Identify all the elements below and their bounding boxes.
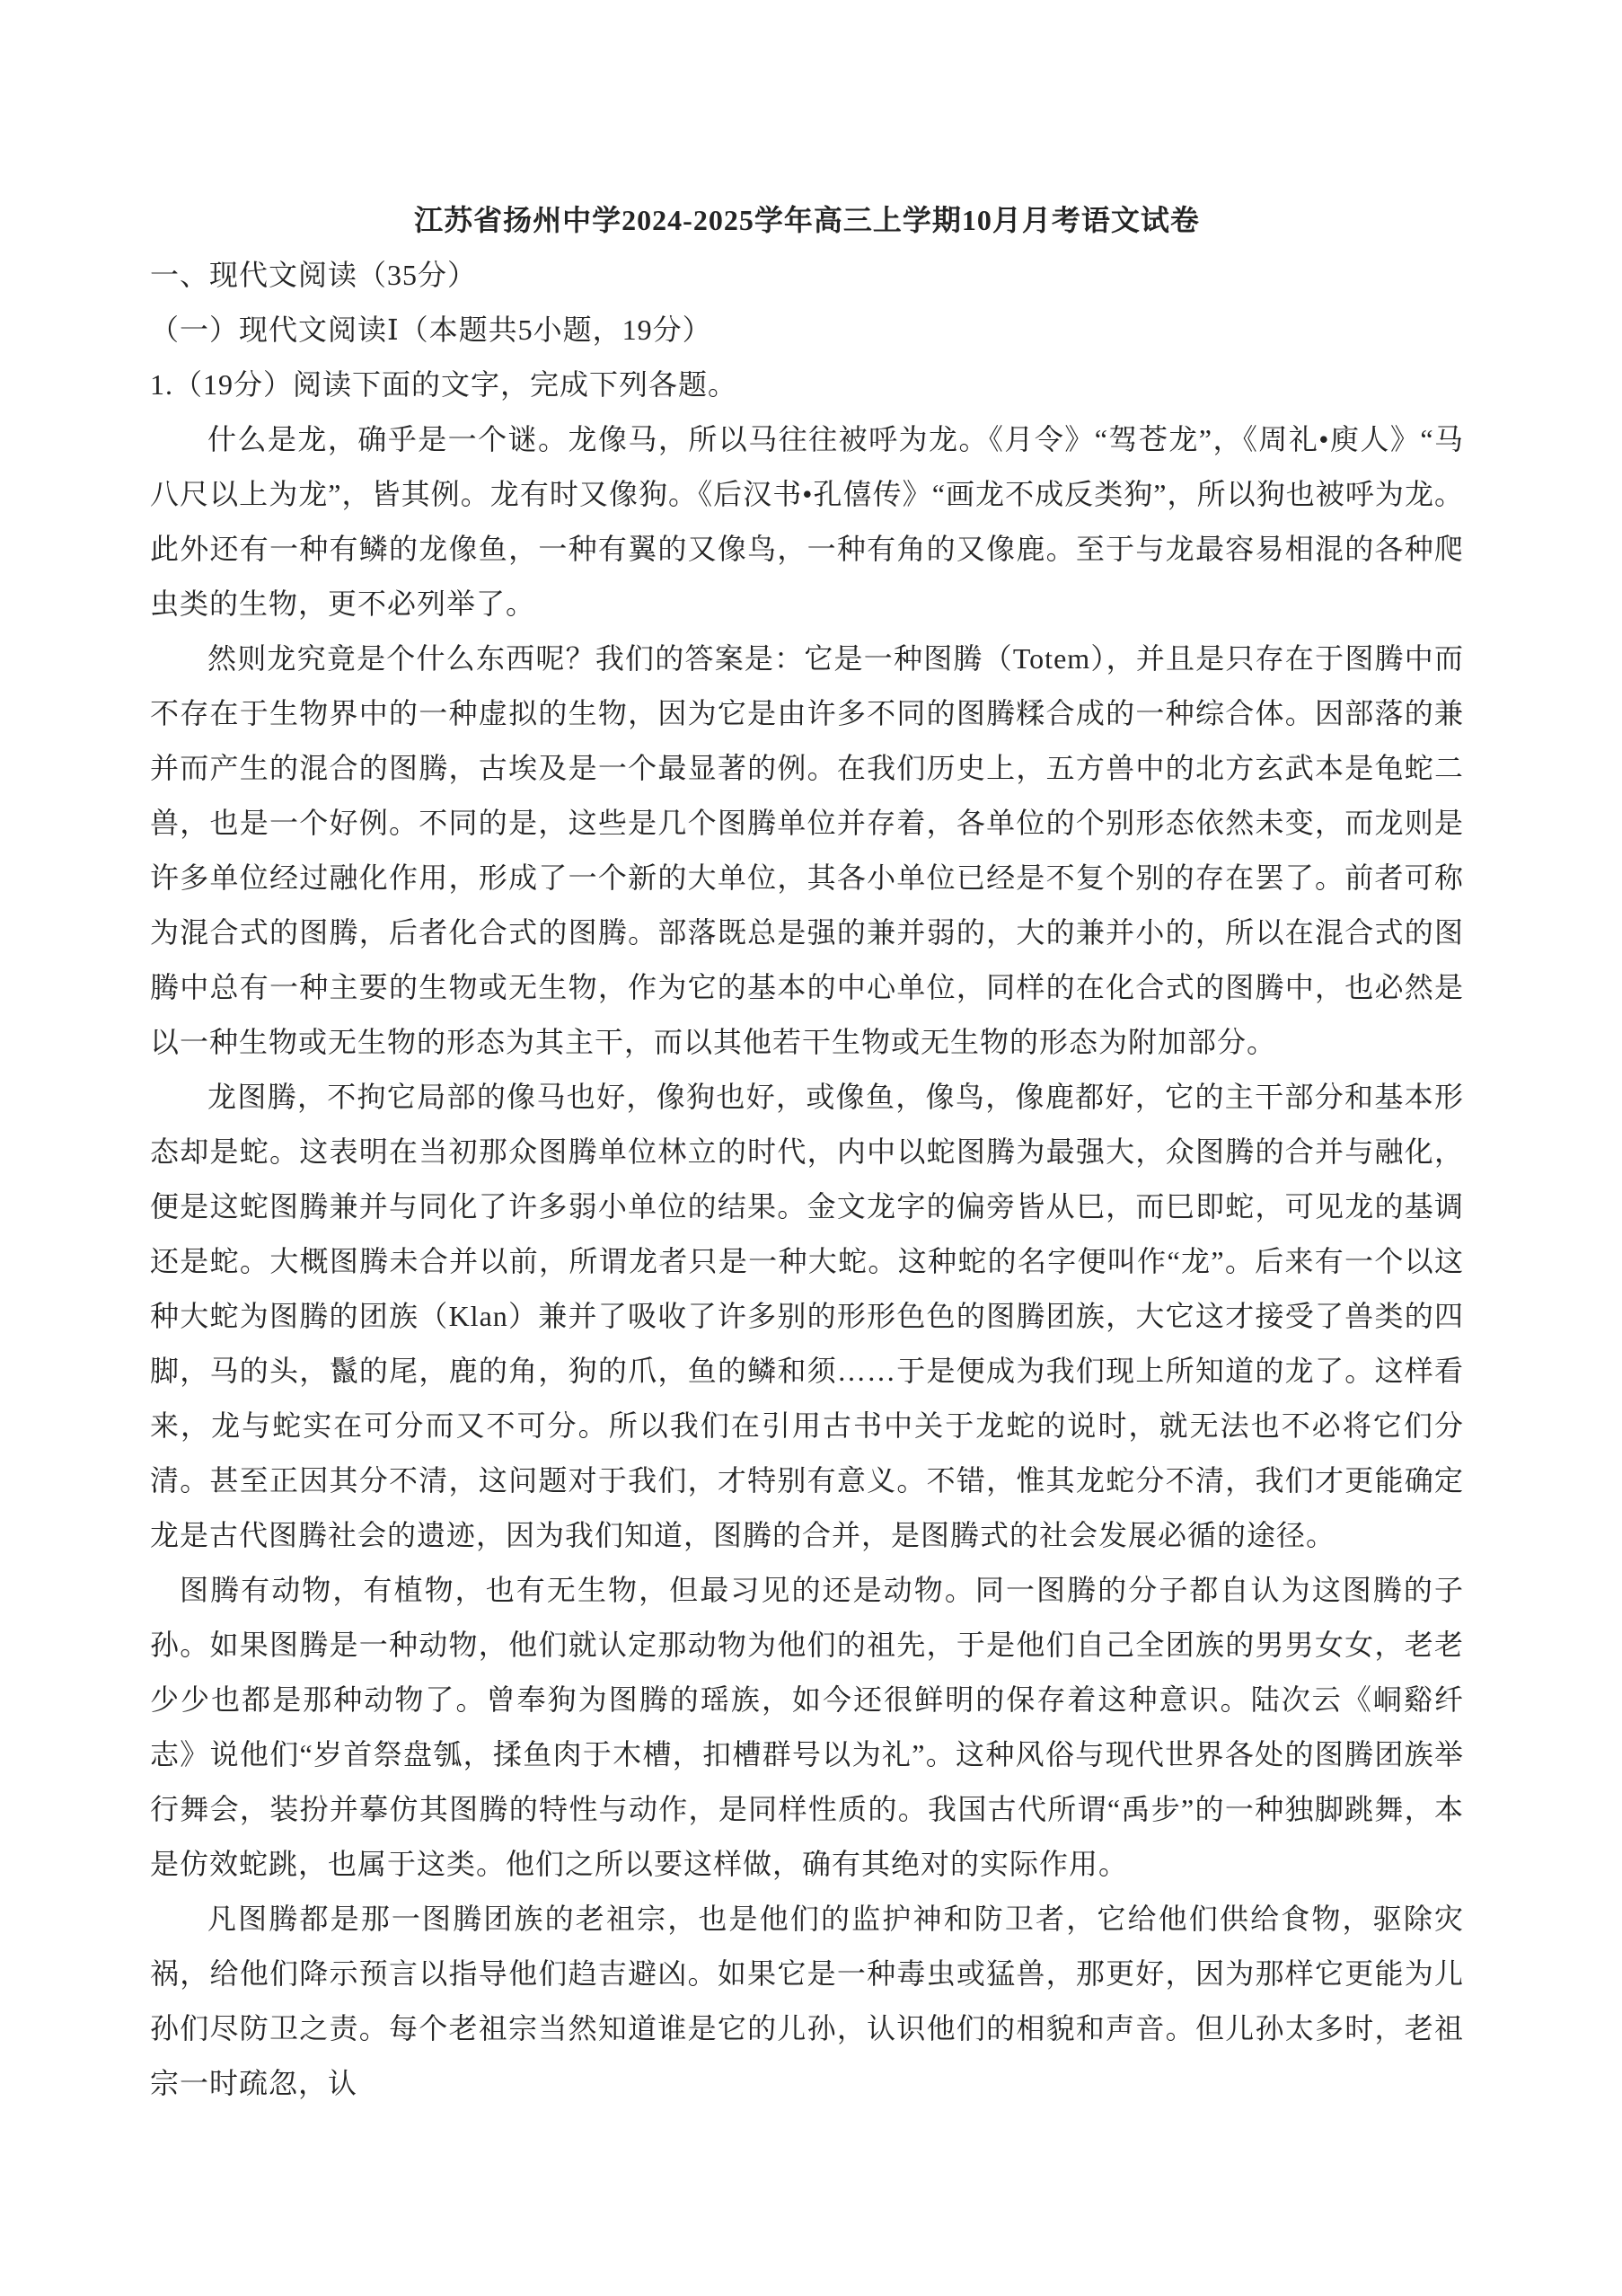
paper-title: 江苏省扬州中学2024-2025学年高三上学期10月月考语文试卷 bbox=[150, 193, 1464, 248]
passage-paragraph-3: 龙图腾，不拘它局部的像马也好，像狗也好，或像鱼，像鸟，像鹿都好，它的主干部分和基… bbox=[150, 1070, 1464, 1563]
subsection-heading: （一）现代文阅读Ⅰ（本题共5小题，19分） bbox=[150, 303, 1464, 358]
passage-paragraph-5: 凡图腾都是那一图腾团族的老祖宗，也是他们的监护神和防卫者，它给他们供给食物，驱除… bbox=[150, 1892, 1464, 2111]
section-heading: 一、现代文阅读（35分） bbox=[150, 248, 1464, 303]
passage-paragraph-2: 然则龙究竟是个什么东西呢？我们的答案是：它是一种图腾（Totem），并且是只存在… bbox=[150, 631, 1464, 1070]
passage-paragraph-4: 图腾有动物，有植物，也有无生物，但最习见的还是动物。同一图腾的分子都自认为这图腾… bbox=[150, 1563, 1464, 1892]
exam-paper-page: 江苏省扬州中学2024-2025学年高三上学期10月月考语文试卷 一、现代文阅读… bbox=[0, 0, 1622, 2296]
question-lead: 1.（19分）阅读下面的文字，完成下列各题。 bbox=[150, 358, 1464, 412]
passage-paragraph-1: 什么是龙，确乎是一个谜。龙像马，所以马往往被呼为龙。《月令》“驾苍龙”，《周礼•… bbox=[150, 412, 1464, 631]
